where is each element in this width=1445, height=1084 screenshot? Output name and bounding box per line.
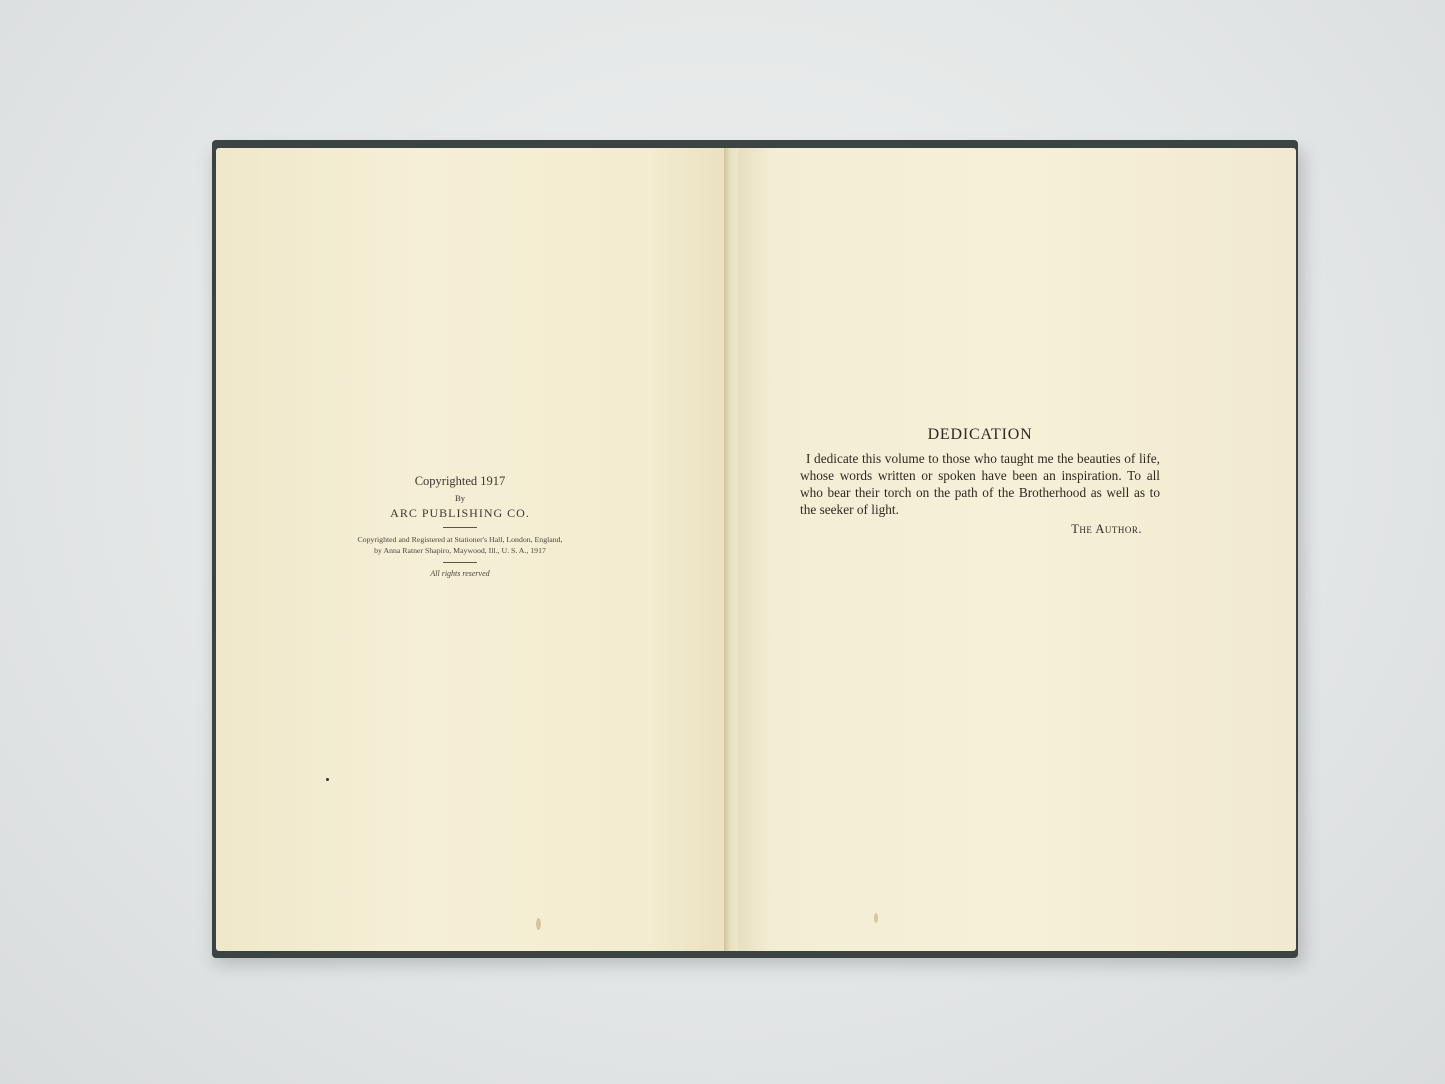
copyright-by: By	[300, 493, 620, 503]
speck	[326, 778, 329, 781]
rights-reserved: All rights reserved	[300, 569, 620, 578]
publisher-name: ARC PUBLISHING CO.	[300, 506, 620, 521]
dedication-block: DEDICATION I dedicate this volume to tho…	[800, 426, 1160, 537]
dedication-signature: The Author.	[800, 522, 1160, 537]
divider	[443, 527, 477, 528]
divider	[443, 562, 477, 563]
registration-line-2: by Anna Ratner Shapiro, Maywood, Ill., U…	[300, 545, 620, 556]
copyright-notice: Copyrighted 1917 By ARC PUBLISHING CO. C…	[300, 474, 620, 578]
dedication-title: DEDICATION	[800, 426, 1160, 444]
foxing-stain	[874, 913, 878, 923]
registration-line-1: Copyrighted and Registered at Stationer'…	[300, 534, 620, 545]
copyright-line: Copyrighted 1917	[300, 474, 620, 489]
foxing-stain	[536, 918, 541, 930]
right-page	[738, 148, 1296, 951]
dedication-text: I dedicate this volume to those who taug…	[800, 450, 1160, 518]
